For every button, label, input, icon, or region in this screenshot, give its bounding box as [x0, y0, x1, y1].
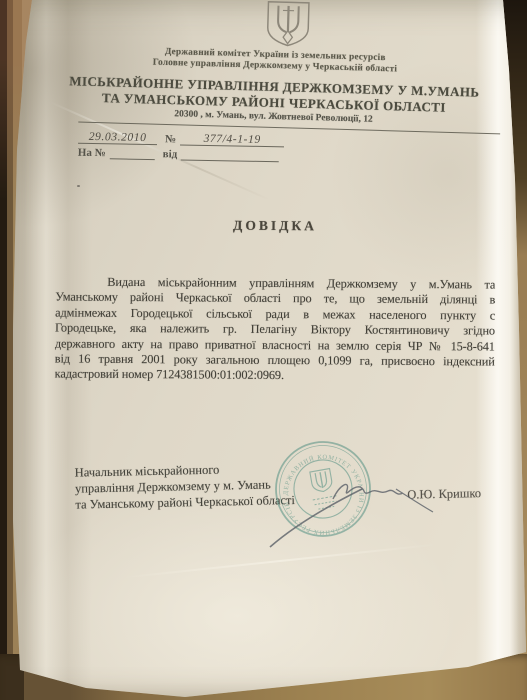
signer-name: О.Ю. Кришко — [407, 486, 481, 503]
photo-frame: Державний комітет України із земельних р… — [0, 0, 527, 700]
number-sign: № — [165, 133, 176, 145]
reply-vid-label: від — [163, 148, 178, 160]
letterhead: Державний комітет України із земельних р… — [38, 0, 511, 135]
date-line: 29.03.2010 — [78, 132, 157, 145]
document-title: ДОВІДКА — [233, 218, 317, 234]
document-content: Державний комітет України із земельних р… — [40, 0, 510, 700]
reference-block: 29.03.2010 № 377/4-1-19 На № від — [78, 129, 338, 164]
body-paragraph: Видана міськрайонним управлінням Держком… — [55, 274, 496, 385]
ukraine-trident-icon — [258, 1, 317, 49]
signature-block: Начальник міськрайонного управління Держ… — [75, 455, 516, 513]
handwritten-date: 29.03.2010 — [89, 131, 147, 144]
number-line: 377/4-1-19 — [180, 134, 284, 148]
title-block: ДОВІДКА — [40, 215, 510, 237]
reply-number-blank — [110, 158, 155, 160]
reply-na-label: На № — [78, 147, 106, 159]
body-line: кадастровий номер 7124381500:01:002:0969… — [55, 367, 495, 385]
reply-date-blank — [181, 160, 279, 163]
reference-row-reply: На № від — [78, 144, 338, 164]
handwritten-number: 377/4-1-19 — [204, 133, 261, 146]
